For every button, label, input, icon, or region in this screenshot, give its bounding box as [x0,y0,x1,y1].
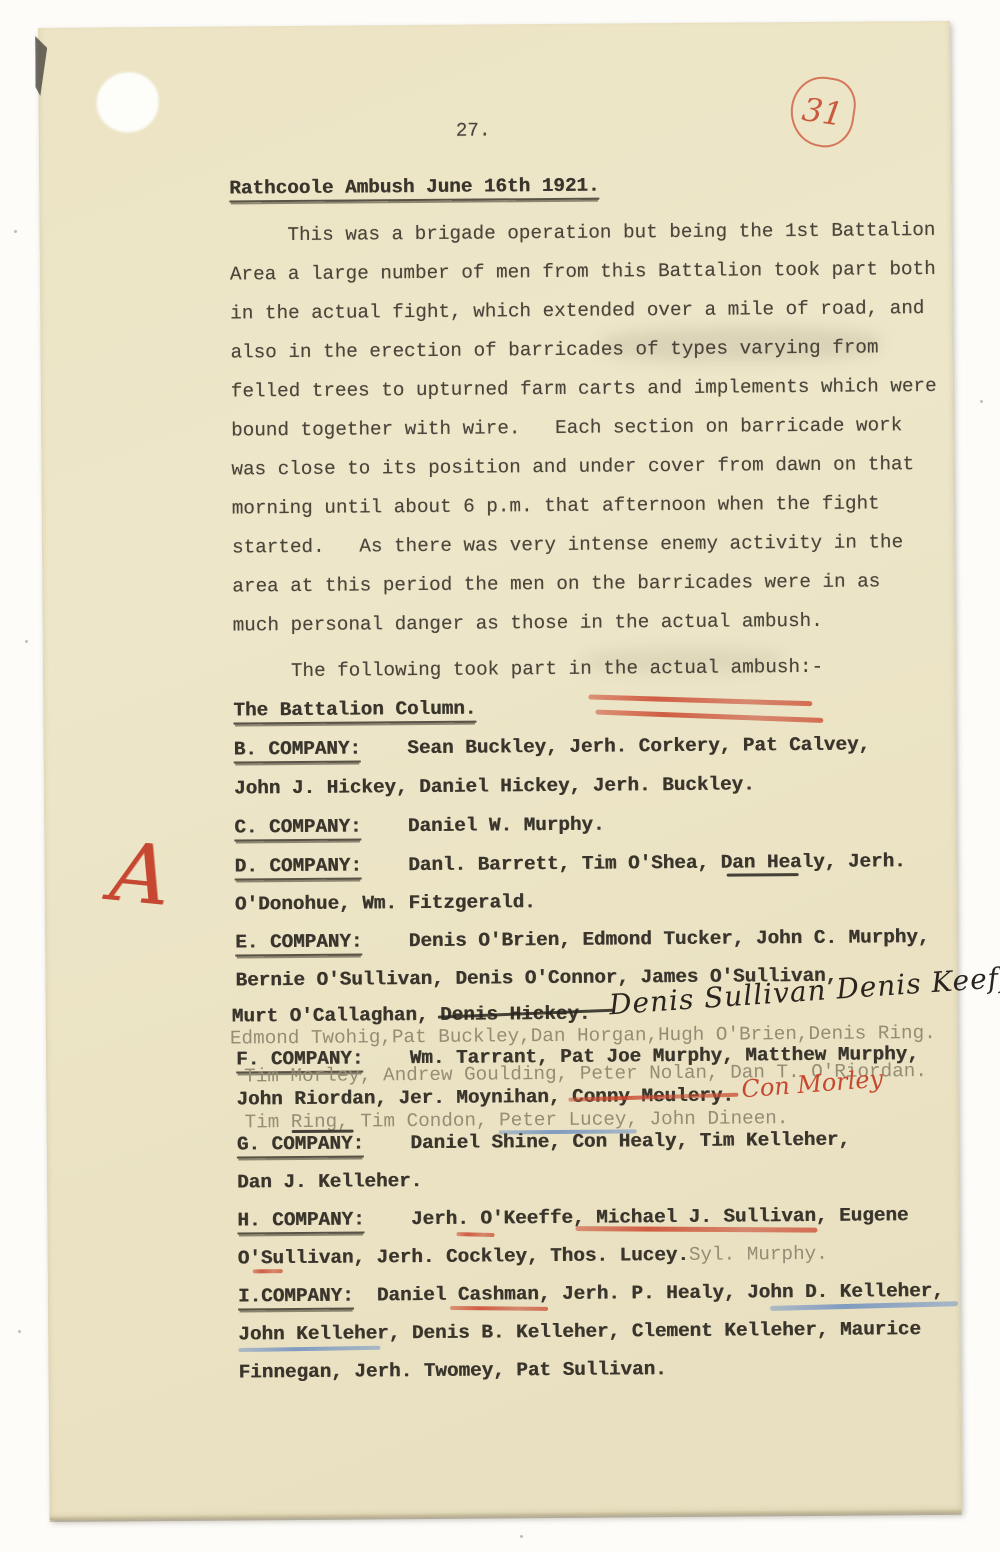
dust-speck [14,230,17,233]
paper-hole-spot [96,72,158,132]
dust-speck [980,400,983,403]
paragraph-line: felled trees to upturned farm carts and … [231,374,937,404]
company-label-c: C. COMPANY: [234,815,361,841]
page-ref-value: 31 [800,90,846,134]
red-underline-okeeffe [456,1232,494,1237]
company-label-h: H. COMPANY: [237,1208,364,1234]
roster-line-h2: O'Sullivan, Jerh. Cockley, Thos. Lucey.S… [238,1242,828,1271]
column-heading: The Battalion Column. [233,697,476,723]
blue-underline-john-kelleher [238,1346,380,1352]
underline-mark-dan-healy [727,873,799,876]
red-scribble-underline [595,709,823,723]
company-label-i: I.COMPANY: [238,1285,354,1311]
paragraph-line: started. As there was very intense enemy… [232,530,903,559]
company-label-d: D. COMPANY: [235,854,362,880]
roster-line-g1: G. COMPANY: Daniel Shine, Con Healy, Tim… [237,1128,850,1157]
roster-line-i2: John Kelleher, Denis B. Kelleher, Clemen… [238,1317,921,1346]
title-text: Rathcoole Ambush June 16th 1921. [229,175,599,203]
roster-line-d1: D. COMPANY: Danl. Barrett, Tim O'Shea, D… [234,849,905,878]
dust-speck [25,640,28,643]
paragraph-line: bound together with wire. Each section o… [231,413,902,442]
paragraph-line: Area a large number of men from this Bat… [230,257,936,287]
company-label-e: E. COMPANY: [235,930,362,956]
document-title: Rathcoole Ambush June 16th 1921. [229,174,599,201]
company-label-b: B. COMPANY: [234,737,361,763]
red-underline-michael-sullivan [575,1226,817,1232]
roster-line-d2: O'Donohue, Wm. Fitzgerald. [235,890,536,916]
red-mark-osullivan [253,1269,283,1273]
page-number: 27. [456,118,491,142]
margin-letter-annotation: A [106,825,174,925]
scanned-document-page: 27. 31 Rathcoole Ambush June 16th 1921. … [38,21,962,1520]
torn-corner-mark [35,36,47,96]
appended-light-name: Syl. Murphy. [689,1243,828,1266]
paragraph-line: was close to its position and under cove… [231,452,914,481]
red-scribble-underline [588,694,812,706]
paragraph-line: This was a brigade operation but being t… [230,218,936,248]
company-label-g: G. COMPANY: [237,1132,364,1158]
roster-line-i3: Finnegan, Jerh. Twomey, Pat Sullivan. [238,1357,666,1384]
paragraph-line: much personal danger as those in the act… [233,609,823,638]
roster-line-b2: John J. Hickey, Daniel Hickey, Jerh. Buc… [234,772,755,800]
red-circled-page-ref: 31 [786,72,860,151]
roster-line-c1: C. COMPANY: Daniel W. Murphy. [234,813,604,840]
dust-speck [18,1330,21,1333]
dust-speck [520,1535,523,1538]
intro-line: The following took part in the actual am… [233,655,823,684]
red-underline-cashman [450,1306,548,1311]
roster-line-g2: Dan J. Kelleher. [237,1169,422,1194]
paragraph-line: in the actual fight, which extended over… [230,296,924,325]
roster-line-b1: B. COMPANY: Sean Buckley, Jerh. Corkery,… [234,732,871,761]
paragraph-line: also in the erection of barricades of ty… [230,335,878,364]
roster-line-e1: E. COMPANY: Denis O'Brien, Edmond Tucker… [235,925,929,954]
paragraph-line: area at this period the men on the barri… [232,569,880,598]
paragraph-line: morning until about 6 p.m. that afternoo… [232,491,880,520]
